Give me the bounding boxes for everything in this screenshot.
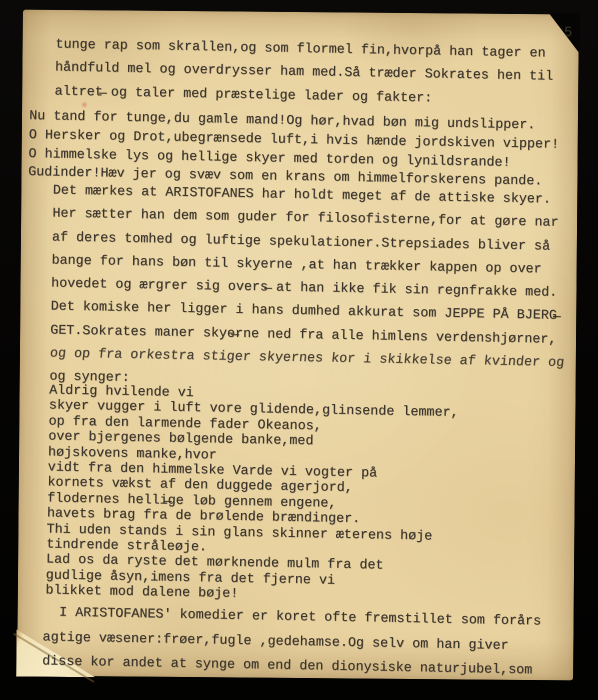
paragraph-continued: tunge rap som skrallen,og som flormel fi… [54,34,553,113]
paragraph-main: Det mærkes at ARISTOFANES har holdt mege… [49,179,567,398]
page-number: 5 [564,25,573,41]
photo-background: 5 tunge rap som skrallen,og som flormel … [0,0,598,700]
paragraph-end: I ARISTOFANES' komedier er koret ofte fr… [42,601,541,684]
typewritten-text: 5 tunge rap som skrallen,og som flormel … [14,7,582,683]
document-page: 5 tunge rap som skrallen,og som flormel … [17,10,579,681]
chorus-poem: Aldrig hvilende viskyer vugger i luft vo… [45,383,459,606]
